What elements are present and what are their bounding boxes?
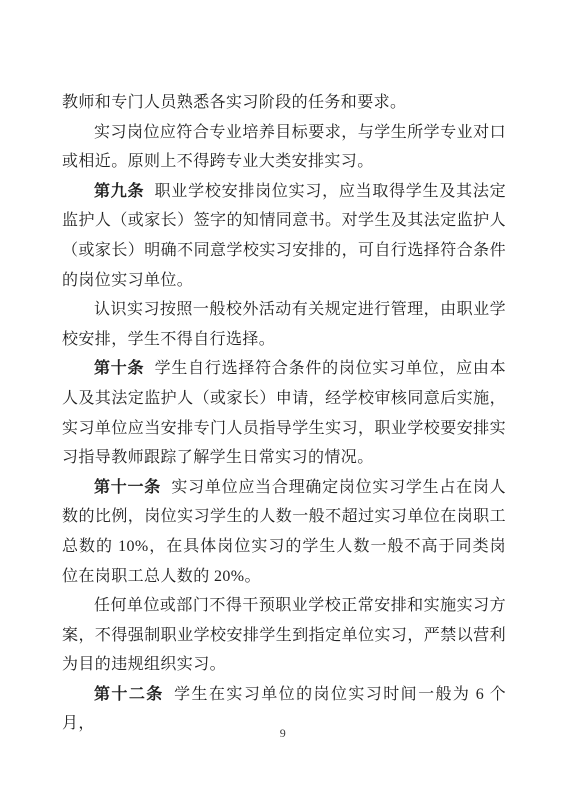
text-block: 教师和专门人员熟悉各实习阶段的任务和要求。 实习岗位应符合专业培养目标要求，与学… [62,88,506,739]
paragraph: 第十条学生自行选择符合条件的岗位实习单位，应由本人及其法定监护人（或家长）申请，… [62,354,506,472]
paragraph: 任何单位或部门不得干预职业学校正常安排和实施实习方案，不得强制职业学校安排学生到… [62,591,506,680]
paragraph: 实习岗位应符合专业培养目标要求，与学生所学专业对口或相近。原则上不得跨专业大类安… [62,118,506,177]
paragraph-text: 认识实习按照一般校外活动有关规定进行管理，由职业学校安排，学生不得自行选择。 [62,301,506,348]
article-number: 第十条 [94,360,144,377]
document-page: 教师和专门人员熟悉各实习阶段的任务和要求。 实习岗位应符合专业培养目标要求，与学… [0,0,566,800]
paragraph: 认识实习按照一般校外活动有关规定进行管理，由职业学校安排，学生不得自行选择。 [62,295,506,354]
paragraph: 第十一条实习单位应当合理确定岗位实习学生占在岗人数的比例，岗位实习学生的人数一般… [62,473,506,591]
article-number: 第十二条 [94,686,164,703]
paragraph: 教师和专门人员熟悉各实习阶段的任务和要求。 [62,88,506,118]
page-number: 9 [0,726,566,741]
article-number: 第十一条 [94,479,161,496]
paragraph: 第九条职业学校安排岗位实习，应当取得学生及其法定监护人（或家长）签字的知情同意书… [62,177,506,295]
paragraph-text: 教师和专门人员熟悉各实习阶段的任务和要求。 [62,94,406,111]
paragraph-text: 实习岗位应符合专业培养目标要求，与学生所学专业对口或相近。原则上不得跨专业大类安… [62,124,506,171]
paragraph-text: 任何单位或部门不得干预职业学校正常安排和实施实习方案，不得强制职业学校安排学生到… [62,597,506,673]
article-number: 第九条 [94,183,144,200]
